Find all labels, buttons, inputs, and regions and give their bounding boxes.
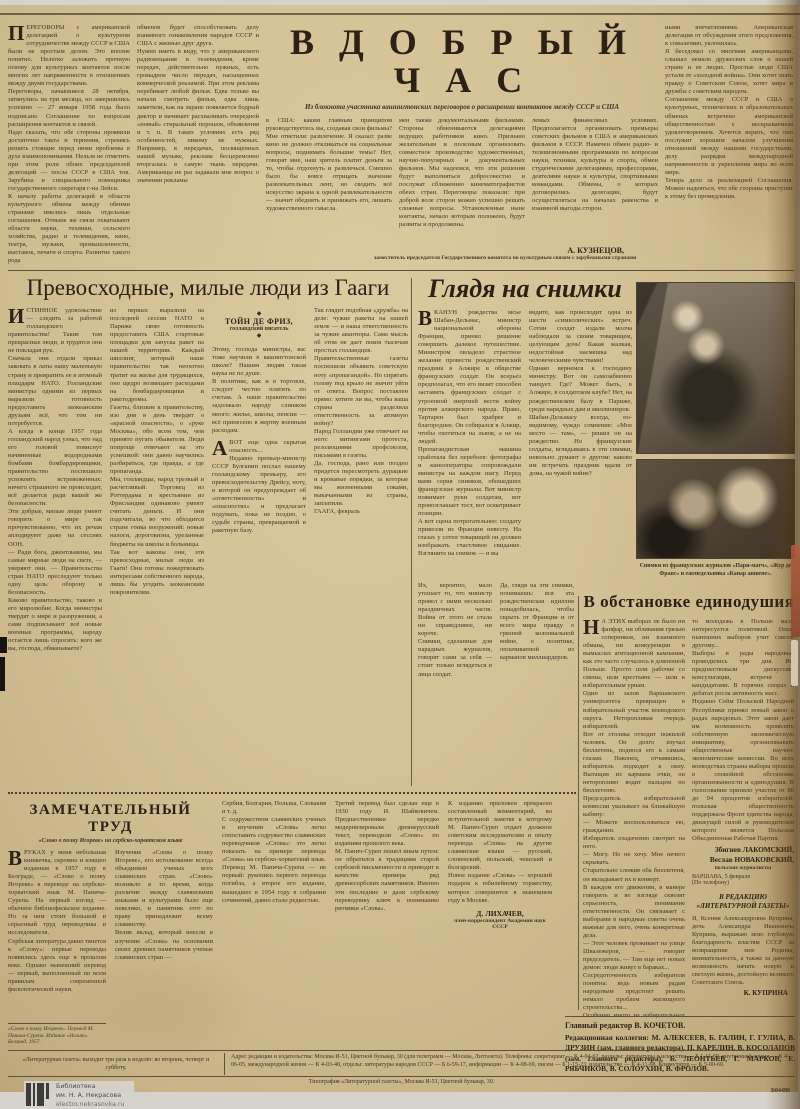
article-columns: НА ЭТИХ выборах не было ни фанфар, ни об… [583,618,795,1018]
book-footnote: «Слово о полку Игореве». Перевод М. Пани… [8,1023,106,1046]
glyadya-col2: видите, как происходит одна из шести «си… [529,309,632,561]
section-divider-dotted [8,792,576,794]
column-divider [578,596,579,1010]
article-prevoskhodnye: Превосходные, милые люди из Гааги ИСТИНН… [8,276,408,790]
top-article-col3: в США: каким главным принципом руководст… [266,117,392,241]
prev-col2: из первых выразили на последней сессии Н… [110,307,204,777]
diamond-ornament-icon: ◆ [212,310,306,317]
prev-col1: ИСТИННОЕ удовольствие — следить за работ… [8,307,102,777]
library-logo-icon [26,1083,49,1106]
zam-col1: ВРУКАХ у меня небольшая книжечка, скромн… [8,849,106,1046]
footer-divider [8,1076,795,1077]
prev-col4: Так глядит подобная «дружба» на деле: чу… [314,307,408,777]
author-byline: ◆ ТОЙН ДЕ ФРИЗ, голландский писатель ◆ [212,310,306,339]
article-glyadya-na-snimki: Глядя на снимки ВКАНУН рождества мсье Ша… [418,276,632,561]
prev-col3: ◆ ТОЙН ДЕ ФРИЗ, голландский писатель ◆ Э… [212,307,306,777]
library-badge: Библиотека им. Н. А. Некрасова electro.n… [24,1081,134,1109]
top-article-col2: обменов будет способствовать делу взаимн… [137,24,259,270]
zam-left-block: ЗАМЕЧАТЕЛЬНЫЙ ТРУД «Слово о полку Игорев… [8,800,213,1046]
author-name: ТОЙН ДЕ ФРИЗ, [212,317,306,326]
page-title: В Д О Б Р Ы Й Ч А С [266,24,658,100]
section-divider [8,270,794,271]
zam-col5: К изданию приложен прекрасно составленны… [448,800,552,1046]
glyadya-cont-col1: Их, вероятно, мало утешает то, что минис… [418,582,492,786]
top-article-inner-columns: в США: каким главным принципом руководст… [266,117,658,241]
article-glyadya-continuation: Их, вероятно, мало утешает то, что минис… [418,582,574,786]
prev-col3-text-b: АВОТ еще одна скрытая опасность... Недав… [212,439,306,536]
article-subtitle: «Слово о полку Игореве» на сербско-хорва… [8,838,213,844]
article-headline: В обстановке единодушия [583,592,795,612]
article-headline: ЗАМЕЧАТЕЛЬНЫЙ ТРУД [8,802,213,836]
dropcap: В [8,849,24,866]
column-divider [411,278,412,786]
library-url: electro.nekrasovka.ru [56,1101,124,1109]
dropcap: И [8,307,26,324]
glyadya-cont-col2: Да, глядя на эти снимки, понимаешь: вся … [500,582,574,786]
top-article-col4: мен также документальными фильмами. Стор… [399,117,525,241]
zam-col1-text: ВРУКАХ у меня небольшая книжечка, скромн… [8,849,106,1021]
edin-col1: НА ЭТИХ выборах не было ни фанфар, ни об… [583,618,685,1018]
library-label: Библиотека им. Н. А. Некрасова electro.n… [56,1083,124,1109]
top-article-col5: лемых финансовых условиях. Предполагаетс… [532,117,658,241]
prev-col3-text-a: Этому, господа министры, вас тоже научил… [212,346,306,435]
page-top-edge [0,13,800,15]
signature-role: заместитель председателя Государственног… [352,255,658,262]
article-zamechatelny-trud: ЗАМЕЧАТЕЛЬНЫЙ ТРУД «Слово о полку Игорев… [8,800,558,1046]
diamond-ornament-icon: ◆ [212,332,306,339]
zam-col4: Третий перевод был сделан еще в 1930 год… [335,800,439,1046]
publication-schedule: «Литературная газета» выходит три раза в… [8,1053,224,1075]
newspaper-scan: ПЕРЕГОВОРЫ с американской делегацией о к… [0,0,800,1109]
top-article-col1: ПЕРЕГОВОРЫ с американской делегацией о к… [8,24,130,270]
signature-name: А. КУЗНЕЦОВ, [352,246,658,255]
dropcap: В [418,309,434,326]
article-columns: ВКАНУН рождества мсье Шабан-Дельмас, мин… [418,309,632,561]
footer-divider [8,1050,795,1051]
margin-mark [0,657,5,691]
article-signature: Д. ЛИХАЧЕВ, член-корреспондент Академии … [448,909,552,930]
article-columns: ИСТИННОЕ удовольствие — следить за работ… [8,307,408,777]
chief-editor-line: Главный редактор В. КОЧЕТОВ. [565,1021,795,1030]
dropcap: Н [583,618,601,635]
page-edge-fragment [791,545,800,637]
page-tear [791,640,798,686]
glyadya-col1: ВКАНУН рождества мсье Шабан-Дельмас, мин… [418,309,521,561]
editorial-address: Адрес редакции и издательства: Москва И-… [225,1053,795,1075]
top-article-subtitle: Из блокнота участника вашингтонских пере… [266,103,658,111]
article-edinodushie: В обстановке единодушия НА ЭТИХ выборах … [583,592,795,1018]
imprint-row: «Литературная газета» выходит три раза в… [8,1053,795,1075]
dropcap: А [212,439,229,456]
zam-col2: Изучение «Слова о полку Игореве», его ис… [115,849,213,1046]
top-article-signature: А. КУЗНЕЦОВ, заместитель председателя Го… [352,246,658,262]
top-article-center: В Д О Б Р Ы Й Ч А С Из блокнота участник… [266,24,658,270]
zam-col5-text: К изданию приложен прекрасно составленны… [448,800,552,905]
signature-name: Д. ЛИХАЧЕВ, [448,909,552,918]
article-headline: Превосходные, милые люди из Гааги [8,276,408,300]
article-v-dobryi-chas: ПЕРЕГОВОРЫ с американской делегацией о к… [8,24,794,270]
article-headline: Глядя на снимки [418,276,632,302]
dropcap: П [8,24,26,41]
signature-role: член-корреспондент Академии наук СССР [448,918,552,930]
margin-mark [0,637,7,653]
zam-col3: Сербия, Болгария, Польша, Словакия и т. … [222,800,326,1046]
